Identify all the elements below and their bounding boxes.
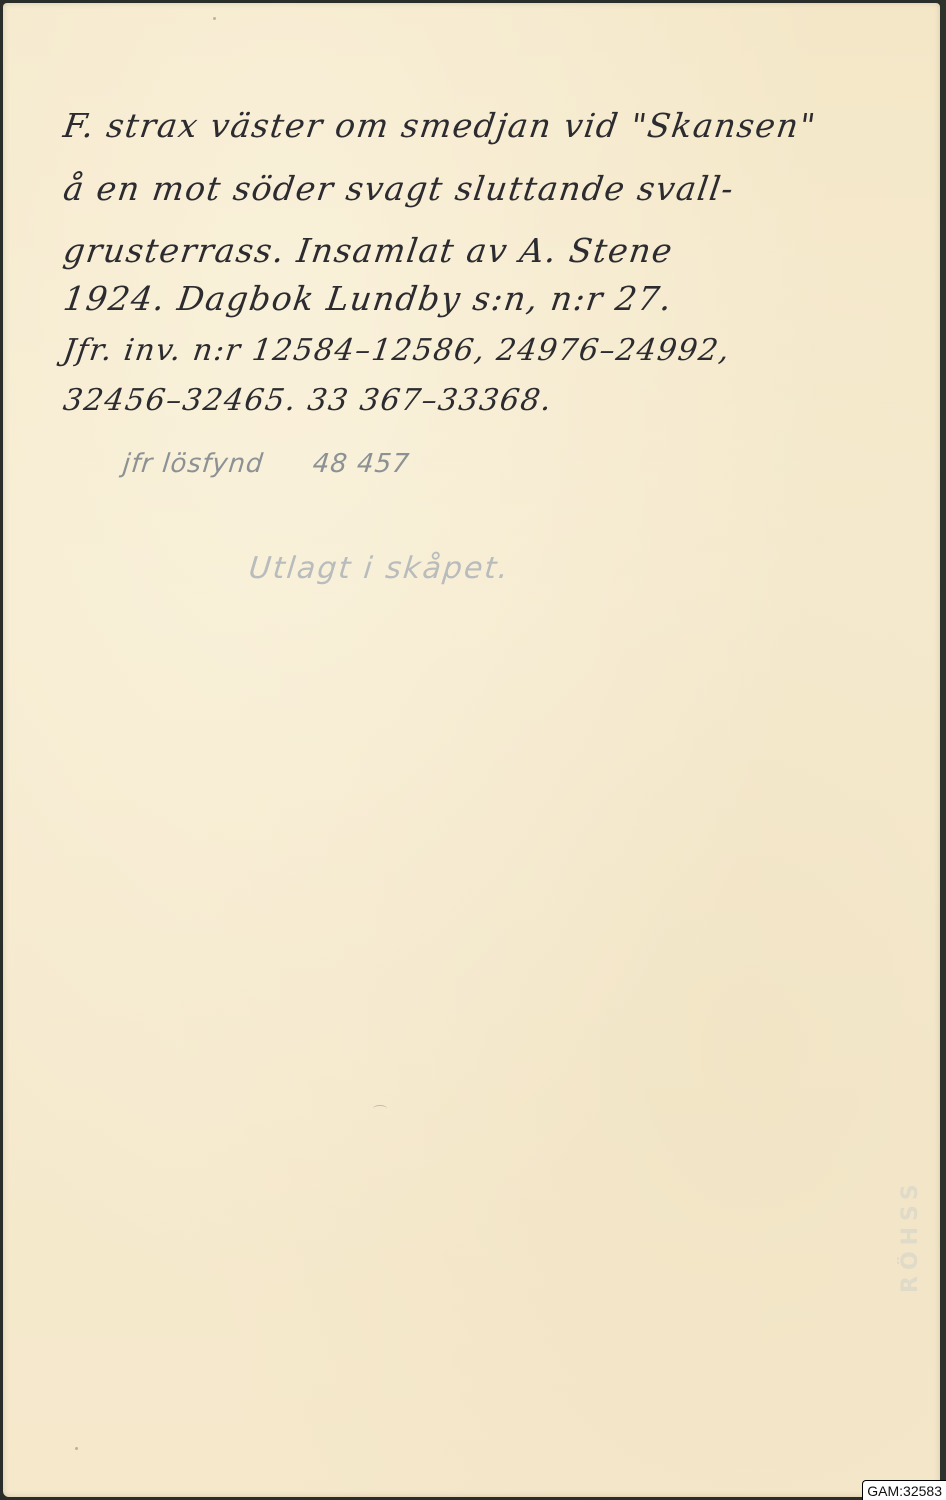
pencil-smudge — [373, 1105, 387, 1112]
handwritten-line-6: 32456–32465. 33 367–33368. — [61, 383, 555, 418]
scanned-document: F. strax väster om smedjan vid "Skansen"… — [0, 0, 946, 1500]
paper-speck — [75, 1447, 78, 1450]
inventory-id-label: GAM:32583 — [862, 1480, 946, 1500]
pencil-note-text: jfr lösfynd — [121, 449, 265, 479]
handwritten-line-1: F. strax väster om smedjan vid "Skansen" — [61, 106, 819, 145]
handwritten-line-2: å en mot söder svagt sluttande svall- — [61, 169, 737, 208]
faint-stamp: RÖHSS — [898, 1123, 928, 1293]
handwritten-line-3: grusterrass. Insamlat av A. Stene — [61, 231, 676, 270]
pencil-note-number: 48 457 — [311, 449, 411, 479]
pencil-note-storage: Utlagt i skåpet. — [247, 551, 512, 586]
catalog-card: F. strax väster om smedjan vid "Skansen"… — [3, 3, 940, 1497]
scan-border — [940, 0, 946, 1500]
pencil-note-reference: jfr lösfynd 48 457 — [121, 449, 411, 479]
handwritten-line-4: 1924. Dagbok Lundby s:n, n:r 27. — [61, 279, 675, 318]
handwritten-line-5: Jfr. inv. n:r 12584–12586, 24976–24992, — [61, 333, 733, 368]
paper-speck — [213, 17, 216, 20]
